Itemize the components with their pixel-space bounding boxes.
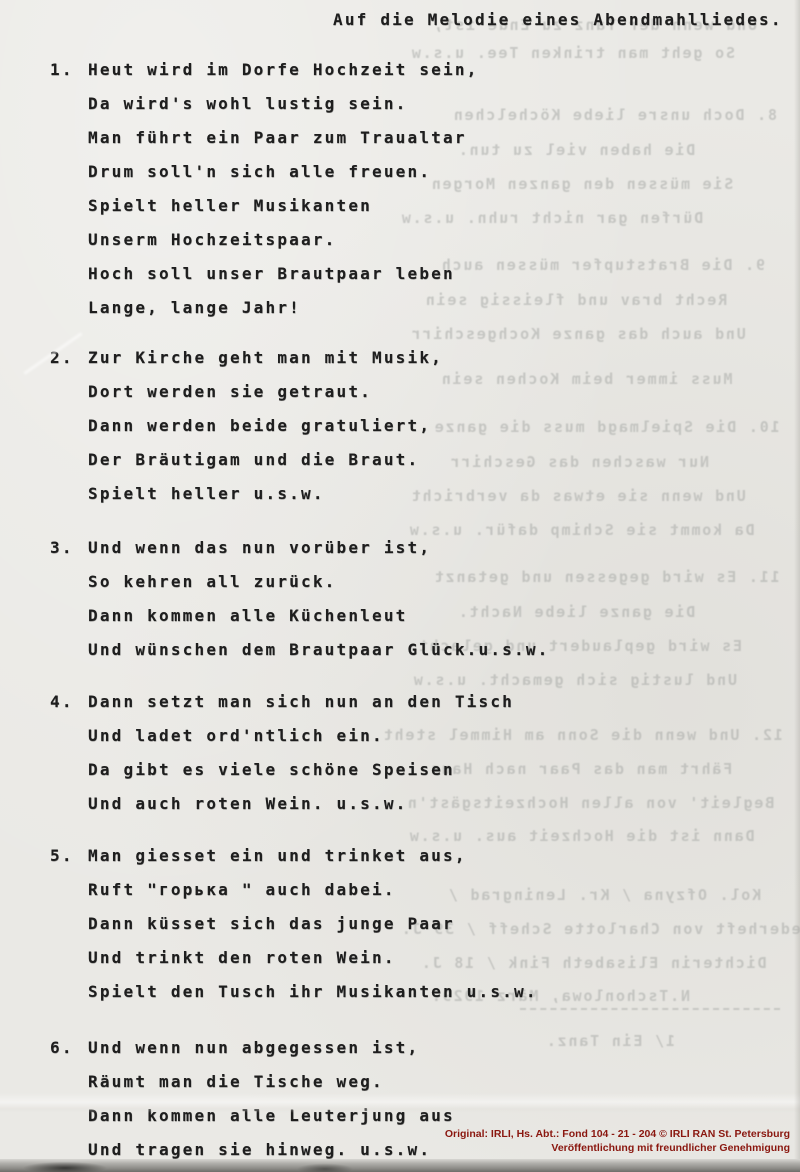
- verse-line-text: Lange, lange Jahr!: [88, 298, 301, 317]
- verse-line: Der Bräutigam und die Braut.: [50, 443, 443, 477]
- verse-number: 1.: [50, 53, 74, 87]
- verse-line-text: Dann küsset sich das junge Paar: [88, 914, 455, 933]
- verse: 5.Man giesset ein und trinket aus,Ruft "…: [50, 839, 538, 1009]
- verse-line-text: Dann werden beide gratuliert,: [88, 416, 431, 435]
- verse-line: Dann werden beide gratuliert,: [50, 409, 443, 443]
- verse: 1.Heut wird im Dorfe Hochzeit sein,Da wi…: [50, 53, 478, 325]
- verse-line-text: Und trinkt den roten Wein.: [88, 948, 396, 967]
- bleedthrough-line: Und wenn sie etwas da verbricht: [410, 483, 746, 509]
- verse-line: Drum soll'n sich alle freuen.: [50, 155, 478, 189]
- verse: 2.Zur Kirche geht man mit Musik,Dort wer…: [50, 341, 443, 511]
- watermark-line-1: Original: IRLI, Hs. Abt.: Fond 104 - 21 …: [445, 1128, 790, 1142]
- verse-line-text: Räumt man die Tische weg.: [88, 1072, 384, 1091]
- verse-line-text: Drum soll'n sich alle freuen.: [88, 162, 431, 181]
- verse-line: Da gibt es viele schöne Speisen: [50, 753, 514, 787]
- bleedthrough-line: 10. Die Spielmagd muss die ganze: [433, 414, 780, 440]
- verse-number: 6.: [50, 1031, 74, 1065]
- verse-line-text: Man giesset ein und trinket aus,: [88, 846, 467, 865]
- scan-edge-bottom: [0, 1159, 800, 1172]
- verse-line-text: Und ladet ord'ntlich ein.: [88, 726, 384, 745]
- verse-line-text: Dort werden sie getraut.: [88, 382, 372, 401]
- verse-line-text: Man führt ein Paar zum Traualtar: [88, 128, 467, 147]
- verse: 4.Dann setzt man sich nun an den TischUn…: [50, 685, 514, 821]
- page-title: Auf die Melodie eines Abendmahlliedes.: [333, 8, 783, 32]
- verse-line: Spielt heller u.s.w.: [50, 477, 443, 511]
- verse-line: Lange, lange Jahr!: [50, 291, 478, 325]
- verse-line-text: Spielt den Tusch ihr Musikanten u.s.w.: [88, 982, 538, 1001]
- verse-line: Spielt heller Musikanten: [50, 189, 478, 223]
- verse-line-text: Dann setzt man sich nun an den Tisch: [88, 692, 514, 711]
- bleedthrough-line: Die haben viel zu tun.: [457, 137, 695, 163]
- paper-crease-band: [0, 1093, 800, 1113]
- verse-line: Hoch soll unser Brautpaar leben: [50, 257, 478, 291]
- bleedthrough-underline: [520, 1008, 780, 1010]
- verse-number: 3.: [50, 531, 74, 565]
- verse-line: Man führt ein Paar zum Traualtar: [50, 121, 478, 155]
- verse-line-text: Und wenn nun abgegessen ist,: [88, 1038, 419, 1057]
- verse-line: Unserm Hochzeitspaar.: [50, 223, 478, 257]
- bleedthrough-line: 9. Die Bratstupfer müssen auch: [440, 252, 765, 278]
- verse-line: Spielt den Tusch ihr Musikanten u.s.w.: [50, 975, 538, 1009]
- verse-line-text: So kehren all zurück.: [88, 572, 337, 591]
- verse-line: 2.Zur Kirche geht man mit Musik,: [50, 341, 443, 375]
- scan-edge-shadow-right: [794, 0, 800, 1172]
- bleedthrough-line: 8. Doch unsre liebe Köchelchen: [452, 102, 777, 128]
- verse-line: Dann kommen alle Küchenleut: [50, 599, 549, 633]
- verse-line-text: Und wenn das nun vorüber ist,: [88, 538, 431, 557]
- verse-line: Und wünschen dem Brautpaar Glück.u.s.w.: [50, 633, 549, 667]
- verse-line: Und auch roten Wein. u.s.w.: [50, 787, 514, 821]
- verse-line: Da wird's wohl lustig sein.: [50, 87, 478, 121]
- verse-line: 3.Und wenn das nun vorüber ist,: [50, 531, 549, 565]
- bleedthrough-line: Nur waschen das Geschirr: [449, 449, 709, 475]
- archive-watermark: Original: IRLI, Hs. Abt.: Fond 104 - 21 …: [445, 1128, 790, 1155]
- verse-line-text: Dann kommen alle Küchenleut: [88, 606, 408, 625]
- verse-line: Dann küsset sich das junge Paar: [50, 907, 538, 941]
- verse-line-text: Da wird's wohl lustig sein.: [88, 94, 408, 113]
- verse-line-text: Ruft "горька " auch dabei.: [88, 880, 396, 899]
- bleedthrough-line: Muss immer beim Kochen sein: [440, 366, 732, 392]
- verse-line: 6.Und wenn nun abgegessen ist,: [50, 1031, 455, 1065]
- verse-line: 4.Dann setzt man sich nun an den Tisch: [50, 685, 514, 719]
- verse-line-text: Zur Kirche geht man mit Musik,: [88, 348, 443, 367]
- bleedthrough-line: 1/ Ein Tanz.: [545, 1028, 675, 1054]
- verse-line-text: Und auch roten Wein. u.s.w.: [88, 794, 408, 813]
- verse-line-text: Da gibt es viele schöne Speisen: [88, 760, 455, 779]
- verse-line: Und trinkt den roten Wein.: [50, 941, 538, 975]
- verse-line-text: Und tragen sie hinweg. u.s.w.: [88, 1140, 431, 1159]
- verse-line-text: Spielt heller u.s.w.: [88, 484, 325, 503]
- verse-line-text: Spielt heller Musikanten: [88, 196, 372, 215]
- verse-line-text: Und wünschen dem Brautpaar Glück.u.s.w.: [88, 640, 549, 659]
- verse-number: 4.: [50, 685, 74, 719]
- verse: 3.Und wenn das nun vorüber ist,So kehren…: [50, 531, 549, 667]
- scanned-page: Und wenn der Tanz zu Ende ist,So geht ma…: [0, 0, 800, 1172]
- verse-line-text: Heut wird im Dorfe Hochzeit sein,: [88, 60, 478, 79]
- verse-line-text: Unserm Hochzeitspaar.: [88, 230, 337, 249]
- verse-line-text: Der Bräutigam und die Braut.: [88, 450, 419, 469]
- verse-line: Dort werden sie getraut.: [50, 375, 443, 409]
- verse-line-text: Hoch soll unser Brautpaar leben: [88, 264, 455, 283]
- verse-line: 1.Heut wird im Dorfe Hochzeit sein,: [50, 53, 478, 87]
- verse-number: 5.: [50, 839, 74, 873]
- watermark-line-2: Veröffentlichung mit freundlicher Genehm…: [445, 1142, 790, 1156]
- verse-line: Und ladet ord'ntlich ein.: [50, 719, 514, 753]
- verse-line: 5.Man giesset ein und trinket aus,: [50, 839, 538, 873]
- verse-line: Ruft "горька " auch dabei.: [50, 873, 538, 907]
- verse-line: So kehren all zurück.: [50, 565, 549, 599]
